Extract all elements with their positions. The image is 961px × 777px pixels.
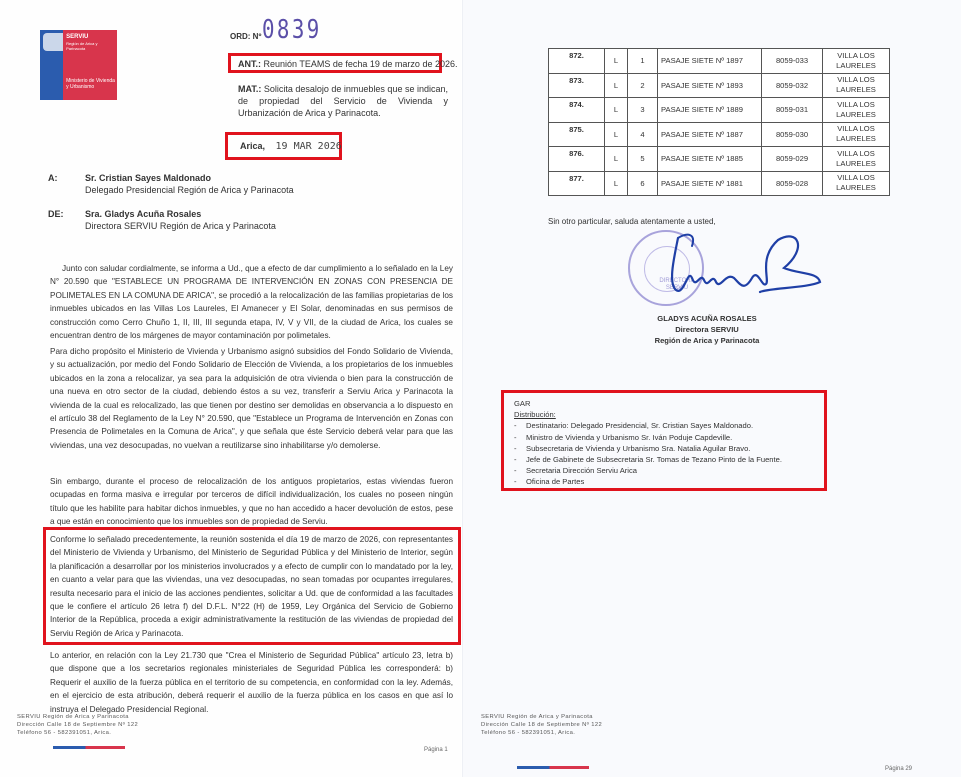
villa-cell: VILLA LOS LAURELES: [823, 122, 890, 147]
logo-region: Región de Arica y Parinacota: [66, 41, 114, 51]
from-name: Sra. Gladys Acuña Rosales: [85, 208, 276, 220]
table-row: 874.L3PASAJE SIETE Nº 18898059-031VILLA …: [549, 98, 890, 123]
row-number: 875.: [549, 122, 605, 147]
to-name: Sr. Cristian Sayes Maldonado: [85, 172, 294, 184]
distribution-item: Jefe de Gabinete de Subsecretaria Sr. To…: [514, 454, 782, 465]
block-letter: L: [605, 49, 628, 74]
villa-cell: VILLA LOS LAURELES: [823, 98, 890, 123]
address-cell: PASAJE SIETE Nº 1893: [658, 73, 762, 98]
rol-cell: 8059-029: [762, 147, 823, 172]
block-letter: L: [605, 171, 628, 196]
lot-number: 1: [628, 49, 658, 74]
logo-ministry: Ministerio de Vivienda y Urbanismo: [66, 78, 116, 90]
distribution-block: GAR Distribución: Destinatario: Delegado…: [514, 398, 782, 488]
footer-tricolor-bar-p2: [517, 766, 589, 769]
row-number: 873.: [549, 73, 605, 98]
rol-cell: 8059-030: [762, 122, 823, 147]
mat-text: Solicita desalojo de inmuebles que se in…: [238, 84, 448, 118]
document-page-1: SERVIU Región de Arica y Parinacota Mini…: [0, 0, 461, 777]
paragraph-2: Para dicho propósito el Ministerio de Vi…: [50, 345, 453, 452]
distribution-label: Distribución:: [514, 409, 782, 420]
rol-cell: 8059-031: [762, 98, 823, 123]
row-number: 877.: [549, 171, 605, 196]
block-letter: L: [605, 122, 628, 147]
villa-cell: VILLA LOS LAURELES: [823, 171, 890, 196]
footer-address: SERVIU Región de Arica y Parinacota Dire…: [17, 713, 138, 737]
footer-line-3: Teléfono 56 - 582391051, Arica.: [17, 729, 138, 737]
serviu-logo: SERVIU Región de Arica y Parinacota Mini…: [40, 30, 117, 100]
from-block: Sra. Gladys Acuña Rosales Directora SERV…: [85, 208, 276, 232]
lot-number: 6: [628, 171, 658, 196]
signer-title: Directora SERVIU: [627, 324, 787, 335]
page-number-p2: Página 29: [885, 766, 912, 772]
signer-region: Región de Arica y Parinacota: [627, 335, 787, 346]
lot-number: 5: [628, 147, 658, 172]
address-cell: PASAJE SIETE Nº 1897: [658, 49, 762, 74]
rol-cell: 8059-028: [762, 171, 823, 196]
table-row: 877.L6PASAJE SIETE Nº 18818059-028VILLA …: [549, 171, 890, 196]
signer-name: GLADYS ACUÑA ROSALES: [627, 313, 787, 324]
paragraph-3: Sin embargo, durante el proceso de reloc…: [50, 475, 453, 529]
distribution-item: Ministro de Vivienda y Urbanismo Sr. Ivá…: [514, 432, 782, 443]
table-row: 875.L4PASAJE SIETE Nº 18878059-030VILLA …: [549, 122, 890, 147]
from-label: DE:: [48, 208, 64, 220]
distribution-item: Destinatario: Delegado Presidencial, Sr.…: [514, 420, 782, 431]
address-cell: PASAJE SIETE Nº 1885: [658, 147, 762, 172]
villa-cell: VILLA LOS LAURELES: [823, 73, 890, 98]
paragraph-4: Conforme lo señalado precedentemente, la…: [50, 533, 453, 640]
footer-address-p2: SERVIU Región de Arica y Parinacota Dire…: [481, 713, 602, 737]
logo-org: SERVIU: [66, 34, 88, 40]
footer-line-1: SERVIU Región de Arica y Parinacota: [481, 713, 602, 721]
page-number: Página 1: [424, 747, 448, 753]
mat-block: MAT.: Solicita desalojo de inmuebles que…: [238, 83, 448, 119]
rol-cell: 8059-032: [762, 73, 823, 98]
distribution-list: Destinatario: Delegado Presidencial, Sr.…: [514, 420, 782, 487]
villa-cell: VILLA LOS LAURELES: [823, 49, 890, 74]
mat-label: MAT.:: [238, 84, 261, 94]
distribution-item: Subsecretaria de Vivienda y Urbanismo Sr…: [514, 443, 782, 454]
date-stamp: 19 MAR 2026: [276, 141, 342, 152]
logo-blue-band: [40, 30, 63, 100]
signer-block: GLADYS ACUÑA ROSALES Directora SERVIU Re…: [627, 313, 787, 346]
ord-label: ORD: Nº: [230, 32, 261, 41]
ord-number: 0839: [262, 15, 322, 45]
lot-number: 2: [628, 73, 658, 98]
property-table: 872.L1PASAJE SIETE Nº 18978059-033VILLA …: [548, 48, 890, 196]
paragraph-1: Junto con saludar cordialmente, se infor…: [50, 262, 453, 342]
initials: GAR: [514, 398, 782, 409]
from-title: Directora SERVIU Región de Arica y Parin…: [85, 220, 276, 232]
block-letter: L: [605, 98, 628, 123]
logo-red-band: SERVIU Región de Arica y Parinacota Mini…: [63, 30, 117, 100]
row-number: 872.: [549, 49, 605, 74]
closing-line: Sin otro particular, saluda atentamente …: [548, 217, 716, 226]
to-title: Delegado Presidencial Región de Arica y …: [85, 184, 294, 196]
date-line: Arica, 19 MAR 2026: [240, 140, 342, 153]
row-number: 876.: [549, 147, 605, 172]
footer-line-1: SERVIU Región de Arica y Parinacota: [17, 713, 138, 721]
lot-number: 3: [628, 98, 658, 123]
footer-line-2: Dirección Calle 18 de Septiembre Nº 122: [17, 721, 138, 729]
ant-line: ANT.: Reunión TEAMS de fecha 19 de marzo…: [238, 58, 457, 70]
block-letter: L: [605, 147, 628, 172]
signature-icon: [648, 228, 828, 308]
ant-label: ANT.:: [238, 59, 261, 69]
date-place: Arica,: [240, 141, 265, 151]
villa-cell: VILLA LOS LAURELES: [823, 147, 890, 172]
address-cell: PASAJE SIETE Nº 1881: [658, 171, 762, 196]
distribution-item: Secretaria Dirección Serviu Arica: [514, 465, 782, 476]
ant-text: Reunión TEAMS de fecha 19 de marzo de 20…: [264, 59, 458, 69]
footer-tricolor-bar: [53, 746, 125, 749]
row-number: 874.: [549, 98, 605, 123]
to-block: Sr. Cristian Sayes Maldonado Delegado Pr…: [85, 172, 294, 196]
address-cell: PASAJE SIETE Nº 1889: [658, 98, 762, 123]
footer-line-3: Teléfono 56 - 582391051, Arica.: [481, 729, 602, 737]
to-label: A:: [48, 172, 58, 184]
table-row: 872.L1PASAJE SIETE Nº 18978059-033VILLA …: [549, 49, 890, 74]
distribution-item: Oficina de Partes: [514, 476, 782, 487]
rol-cell: 8059-033: [762, 49, 823, 74]
lot-number: 4: [628, 122, 658, 147]
paragraph-5: Lo anterior, en relación con la Ley 21.7…: [50, 649, 453, 716]
address-cell: PASAJE SIETE Nº 1887: [658, 122, 762, 147]
table-row: 876.L5PASAJE SIETE Nº 18858059-029VILLA …: [549, 147, 890, 172]
block-letter: L: [605, 73, 628, 98]
table-row: 873.L2PASAJE SIETE Nº 18938059-032VILLA …: [549, 73, 890, 98]
footer-line-2: Dirección Calle 18 de Septiembre Nº 122: [481, 721, 602, 729]
